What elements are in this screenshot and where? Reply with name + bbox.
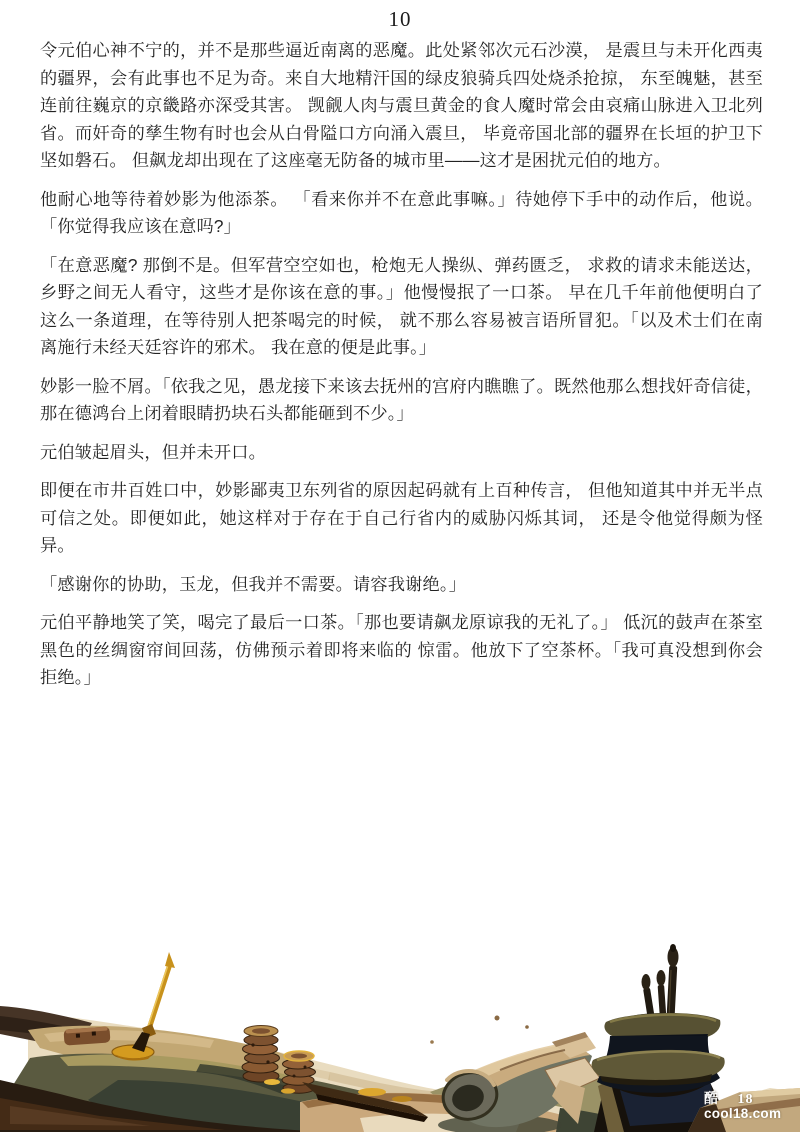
desk-illustration: [0, 930, 800, 1132]
paragraph: 元伯皱起眉头，但并未开口。: [40, 439, 763, 467]
paragraph: 「在意恶魔? 那倒不是。但军营空空如也，枪炮无人操纵、弹药匮乏， 求救的请求未能…: [40, 252, 763, 362]
paragraph: 妙影一脸不屑。「依我之见，愚龙接下来该去抚州的宫府内瞧瞧了。既然他那么想找奸奇信…: [40, 373, 763, 428]
paragraph: 「感谢你的协助，玉龙，但我并不需要。请容我谢绝。」: [40, 571, 763, 599]
paragraph: 元伯平静地笑了笑，喝完了最后一口茶。「那也要请飙龙原谅我的无礼了。」 低沉的鼓声…: [40, 609, 763, 692]
page-number: 10: [0, 7, 800, 32]
book-page: 10 令元伯心神不宁的，并不是那些逼近南离的恶魔。此处紧邻次元石沙漠， 是震旦与…: [0, 0, 800, 1132]
paragraph: 令元伯心神不宁的，并不是那些逼近南离的恶魔。此处紧邻次元石沙漠， 是震旦与未开化…: [40, 37, 763, 175]
paragraph: 即便在市井百姓口中，妙影鄙夷卫东列省的原因起码就有上百种传言， 但他知道其中并无…: [40, 477, 763, 560]
body-text: 令元伯心神不宁的，并不是那些逼近南离的恶魔。此处紧邻次元石沙漠， 是震旦与未开化…: [40, 37, 763, 703]
paragraph: 他耐心地等待着妙影为他添茶。 「看来你并不在意此事嘛。」待她停下手中的动作后，他…: [40, 186, 763, 241]
